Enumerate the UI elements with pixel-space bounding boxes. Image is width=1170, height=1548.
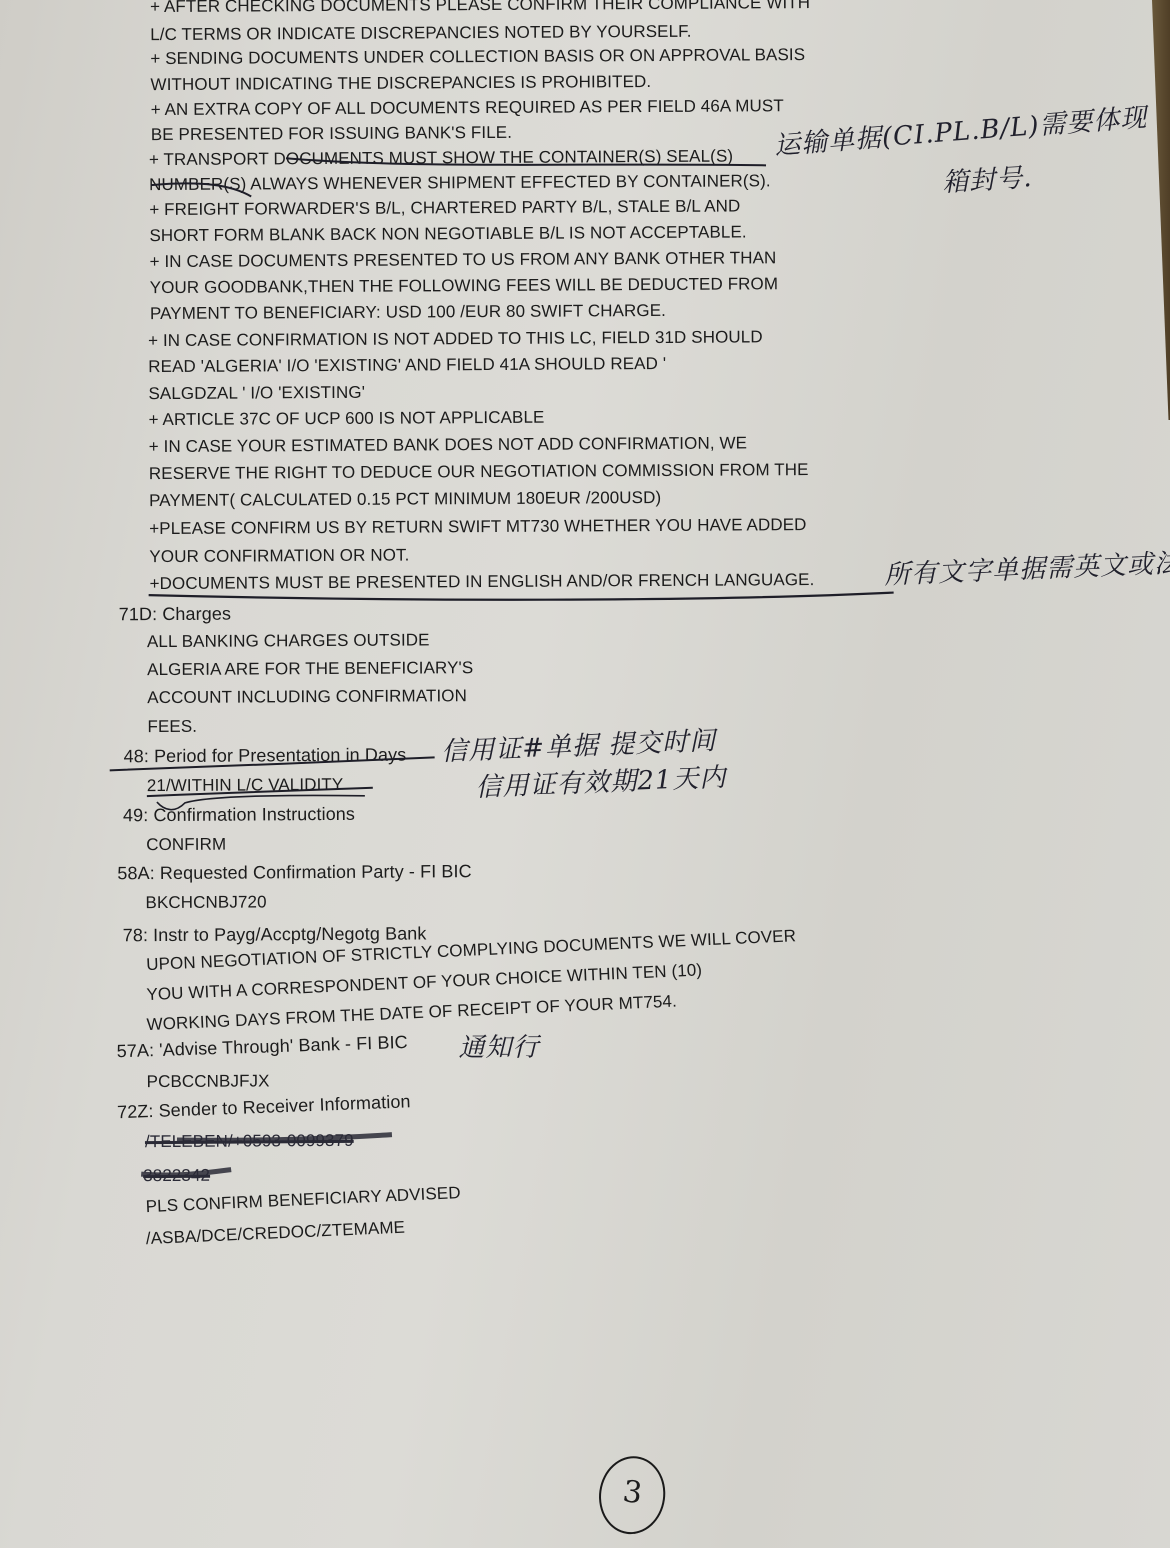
field-72z-value: PLS CONFIRM BENEFICIARY ADVISED <box>145 1183 461 1217</box>
condition-line: + TRANSPORT DOCUMENTS MUST SHOW THE CONT… <box>149 147 733 171</box>
condition-line: WITHOUT INDICATING THE DISCREPANCIES IS … <box>150 72 651 95</box>
field-57a-label: 57A: 'Advise Through' Bank - FI BIC <box>116 1032 408 1061</box>
condition-line: RESERVE THE RIGHT TO DEDUCE OUR NEGOTIAT… <box>149 460 809 484</box>
page-number: 3 <box>594 1452 670 1538</box>
condition-line: + ARTICLE 37C OF UCP 600 IS NOT APPLICAB… <box>149 408 545 430</box>
condition-line: NUMBER(S) ALWAYS WHENEVER SHIPMENT EFFEC… <box>149 171 771 195</box>
condition-line: L/C TERMS OR INDICATE DISCREPANCIES NOTE… <box>150 22 691 45</box>
condition-line: + IN CASE CONFIRMATION IS NOT ADDED TO T… <box>148 327 763 351</box>
field-72z-struck-line: 3822342 <box>143 1166 210 1186</box>
handwritten-note-language: 所有文字单据需英文或法语 <box>883 541 1170 591</box>
condition-line: +PLEASE CONFIRM US BY RETURN SWIFT MT730… <box>149 515 806 539</box>
field-48-value: 21/WITHIN L/C VALIDITY <box>147 775 344 796</box>
condition-line: +DOCUMENTS MUST BE PRESENTED IN ENGLISH … <box>150 570 815 594</box>
field-71d-value: FEES. <box>147 717 197 737</box>
field-48-label: 48: Period for Presentation in Days <box>124 745 407 767</box>
field-49-value: CONFIRM <box>146 835 226 855</box>
condition-line: + AN EXTRA COPY OF ALL DOCUMENTS REQUIRE… <box>151 96 784 120</box>
field-72z-value: /ASBA/DCE/CREDOC/ZTEMAME <box>146 1218 406 1250</box>
condition-line: YOUR CONFIRMATION OR NOT. <box>149 546 409 568</box>
condition-line: + SENDING DOCUMENTS UNDER COLLECTION BAS… <box>150 45 805 69</box>
handwritten-note-transport: 箱封号. <box>941 157 1033 199</box>
handwritten-note-transport: 运输单据(CI.PL.B/L)需要体现 <box>773 97 1149 162</box>
condition-line: + IN CASE DOCUMENTS PRESENTED TO US FROM… <box>150 248 777 272</box>
field-58a-value: BKCHCNBJ720 <box>145 892 266 913</box>
field-71d-value: ALGERIA ARE FOR THE BENEFICIARY'S <box>147 658 473 680</box>
field-71d-value: ACCOUNT INCLUDING CONFIRMATION <box>147 686 467 708</box>
condition-line: READ 'ALGERIA' I/O 'EXISTING' AND FIELD … <box>148 354 666 377</box>
field-72z-label: 72Z: Sender to Receiver Information <box>117 1091 411 1122</box>
condition-line: SALGDZAL ' I/O 'EXISTING' <box>148 383 365 404</box>
document-page: + AFTER CHECKING DOCUMENTS PLEASE CONFIR… <box>0 0 1170 1548</box>
field-58a-label: 58A: Requested Confirmation Party - FI B… <box>117 861 471 883</box>
field-72z-struck-line: /TELEBEN/+0593-0099379 <box>145 1131 354 1152</box>
condition-line: + FREIGHT FORWARDER'S B/L, CHARTERED PAR… <box>149 196 740 220</box>
condition-line: BE PRESENTED FOR ISSUING BANK'S FILE. <box>151 123 512 145</box>
condition-line: + IN CASE YOUR ESTIMATED BANK DOES NOT A… <box>149 433 747 457</box>
handwritten-note-advising-bank: 通知行 <box>458 1027 539 1064</box>
condition-line: SHORT FORM BLANK BACK NON NEGOTIABLE B/L… <box>149 222 746 246</box>
condition-line: PAYMENT TO BENEFICIARY: USD 100 /EUR 80 … <box>150 301 666 324</box>
condition-line: PAYMENT( CALCULATED 0.15 PCT MINIMUM 180… <box>149 488 661 511</box>
field-71d-value: ALL BANKING CHARGES OUTSIDE <box>147 630 430 652</box>
condition-line: YOUR GOODBANK,THEN THE FOLLOWING FEES WI… <box>150 274 778 298</box>
field-57a-value: PCBCCNBJFJX <box>147 1071 270 1092</box>
field-49-label: 49: Confirmation Instructions <box>123 804 355 825</box>
condition-line: + AFTER CHECKING DOCUMENTS PLEASE CONFIR… <box>150 0 810 17</box>
field-71d-label: 71D: Charges <box>119 604 231 625</box>
field-78-label: 78: Instr to Payg/Accptg/Negotg Bank <box>123 923 427 945</box>
